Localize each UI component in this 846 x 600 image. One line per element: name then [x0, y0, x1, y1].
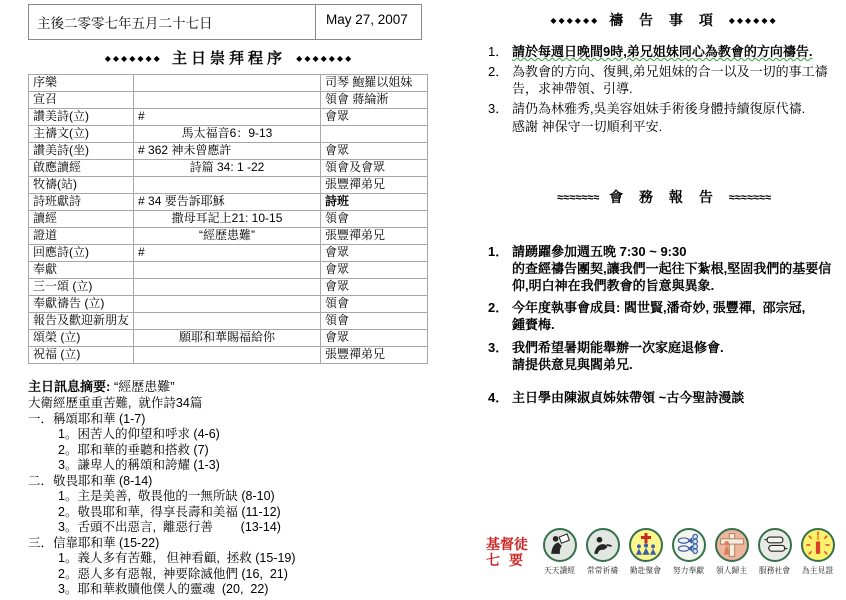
program-item-detail: 馬太福音6：9-13	[134, 126, 321, 143]
ornament-left-icon: ◆◆◆◆◆◆	[550, 16, 599, 25]
list-item-number: 2．	[486, 63, 512, 97]
program-item-detail: # 34 要告訴耶穌	[134, 194, 321, 211]
program-item-detail	[134, 347, 321, 364]
program-item-leader: 會眾	[321, 279, 428, 296]
program-row: 三一頌 (立)會眾	[29, 279, 428, 296]
program-item-leader: 會眾	[321, 330, 428, 347]
program-item-leader: 會眾	[321, 143, 428, 160]
program-row: 回應詩(立)#會眾	[29, 245, 428, 262]
sermon-notes-heading: 主日訊息摘要: “經歷患難”	[28, 379, 430, 395]
worship-program-column: 主後二零零七年五月二十七日 May 27, 2007 ◆◆◆◆◆◆◆ 主日崇拜程…	[28, 4, 430, 598]
list-item-number: 4．	[486, 389, 512, 406]
list-item: 2．今年度執事會成員: 閻世賢,潘奇妙, 張豐禪, 邵宗冠, 鍾賚梅.	[486, 299, 842, 333]
essentials-icon-strip: 天天讀經常常祈禱勤赴聚會努力奉獻領人歸主服務社會為主見證	[538, 528, 839, 576]
program-item-leader: 會眾	[321, 245, 428, 262]
program-item-leader: 領會及會眾	[321, 160, 428, 177]
program-row: 報告及歡迎新朋友領會	[29, 313, 428, 330]
program-item-detail: #	[134, 245, 321, 262]
date-header: 主後二零零七年五月二十七日 May 27, 2007	[28, 4, 422, 40]
icon-label: 勤赴聚會	[626, 564, 666, 575]
program-item-leader: 領會	[321, 211, 428, 228]
program-item-detail: 詩篇 34: 1 -22	[134, 160, 321, 177]
program-item-name: 啟應讀經	[29, 160, 134, 177]
ornament-right-icon: ◆◆◆◆◆◆◆	[296, 54, 353, 63]
program-item-leader: 詩班	[321, 194, 428, 211]
icon-label: 服務社會	[755, 564, 795, 575]
list-item-text: 為教會的方向、復興,弟兄姐妹的合一以及一切的事工禱告，求神帶領、引導.	[512, 63, 842, 97]
offering-icon	[672, 528, 706, 562]
program-item-leader: 會眾	[321, 109, 428, 126]
church-report-title: ≈≈≈≈≈≈≈ 會 務 報 告 ≈≈≈≈≈≈≈	[486, 187, 842, 207]
notes-heading-quote: “經歷患難”	[114, 379, 175, 394]
program-row: 啟應讀經詩篇 34: 1 -22領會及會眾	[29, 160, 428, 177]
announcements-column: ◆◆◆◆◆◆ 禱 告 事 項 ◆◆◆◆◆◆ 1．請於每週日晚間9時,弟兄姐妹同心…	[486, 0, 842, 600]
praying-essential: 常常祈禱	[581, 528, 624, 576]
program-item-detail: #	[134, 109, 321, 126]
program-item-name: 序樂	[29, 75, 134, 92]
program-item-detail: 撒母耳記上21: 10-15	[134, 211, 321, 228]
program-item-leader	[321, 126, 428, 143]
page-title: 主日崇拜程序	[172, 50, 286, 67]
report-list: 1．請踴躍參加週五晚 7:30 ~ 9:30 的查經禱告團契,讓我們一起往下紮根…	[486, 243, 842, 406]
sermon-notes-lines: 大衛經歷重重苦難, 就作詩34篇一．稱頌耶和華 (1-7)1。困苦人的仰望和呼求…	[28, 396, 430, 598]
sermon-note-line: 二．敬畏耶和華 (8-14)	[28, 474, 430, 490]
sermon-note-line: 2。耶和華的垂聽和搭救 (7)	[28, 443, 430, 459]
leading-essential: 領人歸主	[710, 528, 753, 576]
program-item-name: 三一頌 (立)	[29, 279, 134, 296]
program-row: 頌榮 (立)願耶和華賜福給你會眾	[29, 330, 428, 347]
sermon-note-line: 大衛經歷重重苦難, 就作詩34篇	[28, 396, 430, 412]
report-title-text: 會 務 報 告	[609, 189, 719, 205]
wave-ornament-left-icon: ≈≈≈≈≈≈≈	[557, 192, 599, 204]
sermon-note-line: 三．信靠耶和華 (15-22)	[28, 536, 430, 552]
worship-order-title: ◆◆◆◆◆◆◆ 主日崇拜程序 ◆◆◆◆◆◆◆	[28, 47, 430, 68]
icon-label: 為主見證	[798, 564, 838, 575]
list-item: 3．請仍為林雅秀,吳美容姐妹手術後身體持續復原代禱. 感謝 神保守一切順利平安.	[486, 100, 842, 134]
program-item-detail	[134, 279, 321, 296]
program-item-name: 詩班獻詩	[29, 194, 134, 211]
program-item-detail: # 362 神未曾應許	[134, 143, 321, 160]
wave-ornament-right-icon: ≈≈≈≈≈≈≈	[729, 192, 771, 204]
program-item-detail	[134, 296, 321, 313]
ornament-left-icon: ◆◆◆◆◆◆◆	[105, 54, 162, 63]
program-item-name: 證道	[29, 228, 134, 245]
program-item-detail	[134, 177, 321, 194]
program-item-leader: 領會	[321, 313, 428, 330]
list-item-text: 請仍為林雅秀,吳美容姐妹手術後身體持續復原代禱. 感謝 神保守一切順利平安.	[512, 100, 842, 134]
sermon-note-line: 3。耶和華救贖他僕人的靈魂 (20, 22)	[28, 582, 430, 598]
prayer-items-title: ◆◆◆◆◆◆ 禱 告 事 項 ◆◆◆◆◆◆	[486, 10, 842, 30]
program-item-leader: 司琴 鮑羅以姐妹	[321, 75, 428, 92]
program-item-name: 奉獻禱告 (立)	[29, 296, 134, 313]
list-item-number: 3．	[486, 339, 512, 373]
program-item-leader: 會眾	[321, 262, 428, 279]
list-item-text: 主日學由陳淑貞姊妹帶領 ~古今聖詩漫談	[512, 389, 842, 406]
list-item: 4．主日學由陳淑貞姊妹帶領 ~古今聖詩漫談	[486, 389, 842, 406]
program-item-name: 牧禱(站)	[29, 177, 134, 194]
program-item-detail	[134, 75, 321, 92]
program-item-detail	[134, 313, 321, 330]
icon-label: 努力奉獻	[669, 564, 709, 575]
list-item-number: 2．	[486, 299, 512, 333]
program-row: 牧禱(站)張豐禪弟兄	[29, 177, 428, 194]
program-item-leader: 領會	[321, 296, 428, 313]
program-item-detail	[134, 92, 321, 109]
program-row: 證道“經歷患難”張豐禪弟兄	[29, 228, 428, 245]
program-row: 讚美詩(坐)# 362 神未曾應許會眾	[29, 143, 428, 160]
sermon-note-line: 一．稱頌耶和華 (1-7)	[28, 412, 430, 428]
program-row: 主禱文(立)馬太福音6：9-13	[29, 126, 428, 143]
logo-line1: 基督徒	[486, 536, 538, 552]
program-item-name: 讚美詩(坐)	[29, 143, 134, 160]
list-item-number: 3．	[486, 100, 512, 134]
sermon-notes: 主日訊息摘要: “經歷患難” 大衛經歷重重苦難, 就作詩34篇一．稱頌耶和華 (…	[28, 379, 430, 598]
program-item-name: 宣召	[29, 92, 134, 109]
leading-icon	[715, 528, 749, 562]
icon-label: 領人歸主	[712, 564, 752, 575]
program-item-detail: 願耶和華賜福給你	[134, 330, 321, 347]
list-item: 3．我們希望暑期能舉辦一次家庭退修會. 請提供意見與閻弟兄.	[486, 339, 842, 373]
serving-essential: 服務社會	[753, 528, 796, 576]
program-item-leader: 張豐禪弟兄	[321, 347, 428, 364]
icon-label: 天天讀經	[540, 564, 580, 575]
program-item-leader: 張豐禪弟兄	[321, 177, 428, 194]
sermon-note-line: 3。舌頭不出惡言, 離惡行善 (13-14)	[28, 520, 430, 536]
program-item-name: 讀經	[29, 211, 134, 228]
program-row: 讚美詩(立)#會眾	[29, 109, 428, 126]
seven-essentials-logo: 基督徒 七要	[486, 528, 538, 568]
sermon-note-line: 3。謙卑人的稱頌和誇耀 (1-3)	[28, 458, 430, 474]
program-row: 序樂司琴 鮑羅以姐妹	[29, 75, 428, 92]
program-item-name: 報告及歡迎新朋友	[29, 313, 134, 330]
program-item-leader: 張豐禪弟兄	[321, 228, 428, 245]
program-table-body: 序樂司琴 鮑羅以姐妹宣召領會 蔣綸淅讚美詩(立)#會眾主禱文(立)馬太福音6：9…	[29, 75, 428, 364]
witness-icon	[801, 528, 835, 562]
list-item-text: 請踴躍參加週五晚 7:30 ~ 9:30 的查經禱告團契,讓我們一起往下紮根,堅…	[512, 243, 842, 294]
sermon-note-line: 2。敬畏耶和華, 得享長壽和美福 (11-12)	[28, 505, 430, 521]
logo-line2: 七要	[486, 552, 538, 568]
praying-icon	[586, 528, 620, 562]
program-item-name: 頌榮 (立)	[29, 330, 134, 347]
program-item-name: 回應詩(立)	[29, 245, 134, 262]
list-item: 1．請踴躍參加週五晚 7:30 ~ 9:30 的查經禱告團契,讓我們一起往下紮根…	[486, 243, 842, 294]
program-row: 奉獻會眾	[29, 262, 428, 279]
sermon-note-line: 2。惡人多有惡報, 神要除滅他們 (16, 21)	[28, 567, 430, 583]
sermon-note-line: 1。困苦人的仰望和呼求 (4-6)	[28, 427, 430, 443]
gathering-icon	[629, 528, 663, 562]
program-row: 讀經撒母耳記上21: 10-15領會	[29, 211, 428, 228]
program-row: 奉獻禱告 (立)領會	[29, 296, 428, 313]
sermon-note-line: 1。主是美善, 敬畏他的一無所缺 (8-10)	[28, 489, 430, 505]
reading-essential: 天天讀經	[538, 528, 581, 576]
program-item-name: 主禱文(立)	[29, 126, 134, 143]
program-row: 祝福 (立)張豐禪弟兄	[29, 347, 428, 364]
serving-icon	[758, 528, 792, 562]
program-item-name: 祝福 (立)	[29, 347, 134, 364]
list-item-number: 1．	[486, 43, 512, 60]
program-item-name: 讚美詩(立)	[29, 109, 134, 126]
program-item-name: 奉獻	[29, 262, 134, 279]
list-item-number: 1．	[486, 243, 512, 294]
witness-essential: 為主見證	[796, 528, 839, 576]
reading-icon	[543, 528, 577, 562]
program-item-detail	[134, 262, 321, 279]
ornament-right-icon: ◆◆◆◆◆◆	[729, 16, 778, 25]
list-item: 1．請於每週日晚間9時,弟兄姐妹同心為教會的方向禱告.	[486, 43, 842, 60]
icon-label: 常常祈禱	[583, 564, 623, 575]
gathering-essential: 勤赴聚會	[624, 528, 667, 576]
program-row: 詩班獻詩# 34 要告訴耶穌詩班	[29, 194, 428, 211]
list-item-text: 今年度執事會成員: 閻世賢,潘奇妙, 張豐禪, 邵宗冠, 鍾賚梅.	[512, 299, 842, 333]
list-item-text: 我們希望暑期能舉辦一次家庭退修會. 請提供意見與閻弟兄.	[512, 339, 842, 373]
offering-essential: 努力奉獻	[667, 528, 710, 576]
program-item-detail: “經歷患難”	[134, 228, 321, 245]
program-table: 序樂司琴 鮑羅以姐妹宣召領會 蔣綸淅讚美詩(立)#會眾主禱文(立)馬太福音6：9…	[28, 74, 428, 364]
list-item-text: 請於每週日晚間9時,弟兄姐妹同心為教會的方向禱告.	[512, 43, 842, 60]
sermon-note-line: 1。義人多有苦難, 但神看顧, 拯救 (15-19)	[28, 551, 430, 567]
program-item-leader: 領會 蔣綸淅	[321, 92, 428, 109]
date-english: May 27, 2007	[316, 5, 421, 39]
list-item: 2．為教會的方向、復興,弟兄姐妹的合一以及一切的事工禱告，求神帶領、引導.	[486, 63, 842, 97]
program-row: 宣召領會 蔣綸淅	[29, 92, 428, 109]
christian-seven-essentials: 基督徒 七要 天天讀經常常祈禱勤赴聚會努力奉獻領人歸主服務社會為主見證	[486, 528, 842, 576]
prayer-list: 1．請於每週日晚間9時,弟兄姐妹同心為教會的方向禱告.2．為教會的方向、復興,弟…	[486, 43, 842, 135]
prayer-title-text: 禱 告 事 項	[609, 12, 719, 28]
date-chinese: 主後二零零七年五月二十七日	[29, 5, 316, 39]
notes-heading-label: 主日訊息摘要:	[28, 379, 114, 394]
